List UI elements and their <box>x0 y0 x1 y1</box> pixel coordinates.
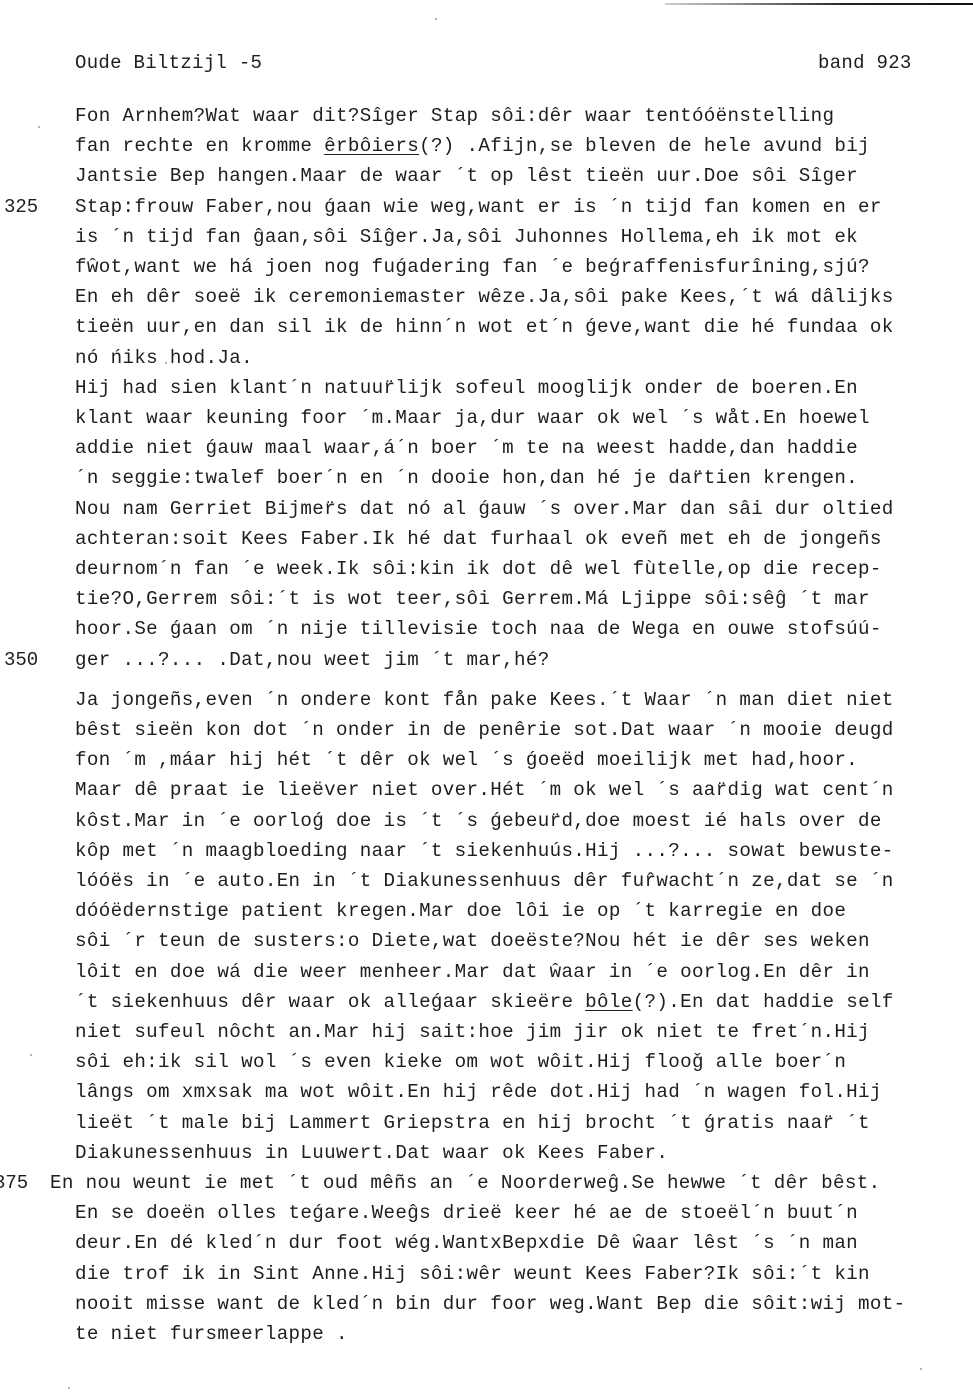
uncertain-word: bôle <box>585 991 632 1013</box>
transcript-line: tie?O,Gerrem sôi:´t is wot teer,sôi Gerr… <box>75 588 870 610</box>
transcript-line: Nou nam Gerriet Bijmer̈s dat nó al ǵauw … <box>75 498 894 520</box>
transcript-line: kôp met ´n maagbloeding naar ´t siekenhu… <box>75 840 894 862</box>
transcript-line: lôit en doe wá die weer menheer.Mar dat … <box>75 961 870 983</box>
transcript-line: sôi eh:ik sil wol ´s even kieke om wot w… <box>75 1051 846 1073</box>
transcript-line: lângs om xmxsak ma wot wôit.En hij rêde … <box>75 1081 882 1103</box>
transcript-line: En eh dêr soeë ik ceremoniemaster wêze.J… <box>75 286 894 308</box>
transcript-line: fon ´m ,máar hij hét ´t dêr ok wel ´s ǵo… <box>75 749 858 771</box>
uncertain-word: êrbôiers <box>324 135 419 157</box>
transcript-line: dóóëdernstige patient kregen.Mar doe lôi… <box>75 900 846 922</box>
transcript-line: ´t siekenhuus dêr waar ok alleǵaar skieë… <box>75 991 894 1013</box>
transcript-line: Jantsie Bep hangen.Maar de waar ´t op lê… <box>75 165 858 187</box>
transcript-line: Stap:frouw Faber,nou ǵaan wie weg,want e… <box>75 196 882 218</box>
transcript-line: hoor.Se ǵaan om ´n nije tillevisie toch … <box>75 618 882 640</box>
transcript-line: addie niet ǵauw maal waar,á´n boer ´m te… <box>75 437 858 459</box>
transcript-line: lieët ´t male bij Lammert Griepstra en h… <box>75 1112 870 1134</box>
transcript-line: Hij had sien klant´n natuur̈lijk sofeul … <box>75 377 858 399</box>
transcript-line: klant waar keuning foor ´m.Maar ja,dur w… <box>75 407 870 429</box>
transcript-line: En se doeën olles teǵare.Weeĝs drieë kee… <box>75 1202 858 1224</box>
transcript-line: die trof ik in Sint Anne.Hij sôi:wêr weu… <box>75 1263 870 1285</box>
transcript-line: is ´n tijd fan ĝaan,sôi Sîĝer.Ja,sôi Juh… <box>75 226 858 248</box>
transcript-line: lóóës in ´e auto.En in ´t Diakunessenhuu… <box>75 870 894 892</box>
transcript-line: bêst sieën kon dot ´n onder in de penêri… <box>75 719 894 741</box>
transcript-line: niet sufeul nôcht an.Mar hij sait:hoe ji… <box>75 1021 870 1043</box>
transcript-line: ´n seggie:twalef boer´n en ´n dooie hon,… <box>75 467 858 489</box>
paper-speck <box>38 126 40 128</box>
transcript-line: achteran:soit Kees Faber.Ik hé dat furha… <box>75 528 882 550</box>
transcript-line: fan rechte en kromme êrbôiers(?) .Afijn,… <box>75 135 870 157</box>
paper-speck <box>68 1387 70 1389</box>
paper-speck <box>435 18 437 20</box>
transcript-line: Ja jongeñs,even ´n ondere kont fån pake … <box>75 689 894 711</box>
transcript-line: Diakunessenhuus in Luuwert.Dat waar ok K… <box>75 1142 668 1164</box>
transcript-line: sôi ´r teun de susters:o Diete,wat doeës… <box>75 930 870 952</box>
tape-number: band 923 <box>818 52 912 74</box>
margin-line-number: 325 <box>4 196 38 218</box>
margin-line-number: 350 <box>4 649 38 671</box>
top-edge-rule <box>665 3 973 5</box>
transcript-line: En nou weunt ie met ´t oud mêñs an ´e No… <box>50 1172 881 1194</box>
transcript-line: ger ...?... .Dat,nou weet jim ´t mar,hé? <box>75 649 550 671</box>
transcript-line: Maar dê praat ie lieëver niet over.Hét ´… <box>75 779 894 801</box>
document-title: Oude Biltzijl -5 <box>75 52 262 74</box>
paper-speck <box>30 1054 32 1056</box>
transcript-line: Fon Arnhem?Wat waar dit?Sîger Stap sôi:d… <box>75 105 834 127</box>
paper-speck <box>920 1368 922 1370</box>
paper-speck <box>165 362 167 364</box>
transcript-line: tieën uur,en dan sil ik de hinn´n wot et… <box>75 316 894 338</box>
transcript-line: nó ńiks hod.Ja. <box>75 347 253 369</box>
transcript-line: nooit misse want de kled´n bin dur foor … <box>75 1293 906 1315</box>
margin-line-number: 375 <box>0 1172 28 1194</box>
transcript-line: kôst.Mar in ´e oorloǵ doe is ´t ´s ǵebeu… <box>75 810 882 832</box>
transcript-line: deur.En dé kled´n dur foot wég.WantxBepx… <box>75 1232 858 1254</box>
transcript-line: deurnom´n fan ´e week.Ik sôi:kin ik dot … <box>75 558 882 580</box>
transcript-line: fŵot,want we há joen nog fuǵadering fan … <box>75 256 870 278</box>
transcript-line: te niet fursmeerlappe . <box>75 1323 348 1345</box>
